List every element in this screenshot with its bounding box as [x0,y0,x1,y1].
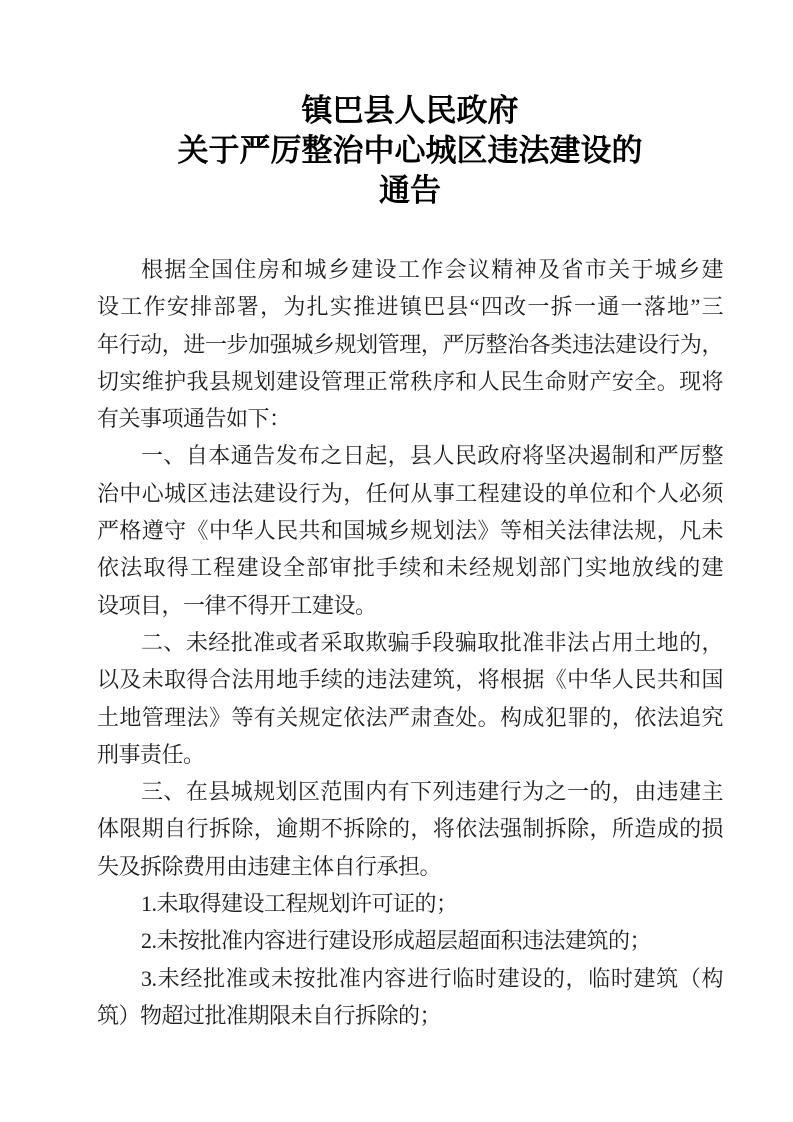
document-title: 镇巴县人民政府关于严厉整治中心城区违法建设的通告 [97,91,723,211]
sub-item-3: 3.未经批准或未按批准内容进行临时建设的，临时建筑（构筑）物超过批准期限未自行拆… [97,960,723,1035]
document-page: 镇巴县人民政府关于严厉整治中心城区违法建设的通告 根据全国住房和城乡建设工作会议… [0,0,793,1122]
text-line: 1.未取得建设工程规划许可证的； [97,885,723,922]
sub-item-2: 2.未按批准内容进行建设形成超层超面积违法建筑的； [97,922,723,959]
text-line: 土地管理法》等有关规定依法严肃查处。构成犯罪的，依法追究 [97,699,723,736]
title-line: 关于严厉整治中心城区违法建设的 [97,131,723,171]
sub-item-1: 1.未取得建设工程规划许可证的； [97,885,723,922]
text-line: 设项目，一律不得开工建设。 [97,587,723,624]
text-line: 严格遵守《中华人民共和国城乡规划法》等相关法律法规，凡未 [97,512,723,549]
item-two: 二、未经批准或者采取欺骗手段骗取批准非法占用土地的，以及未取得合法用地手续的违法… [97,624,723,773]
text-line: 体限期自行拆除，逾期不拆除的，将依法强制拆除，所造成的损 [97,810,723,847]
text-line: 刑事责任。 [97,736,723,773]
document-body: 根据全国住房和城乡建设工作会议精神及省市关于城乡建设工作安排部署，为扎实推进镇巴… [97,251,723,1034]
title-line: 镇巴县人民政府 [97,91,723,131]
opening-paragraph: 根据全国住房和城乡建设工作会议精神及省市关于城乡建设工作安排部署，为扎实推进镇巴… [97,251,723,437]
item-one: 一、自本通告发布之日起，县人民政府将坚决遏制和严厉整治中心城区违法建设行为，任何… [97,437,723,623]
item-three: 三、在县城规划区范围内有下列违建行为之一的，由违建主体限期自行拆除，逾期不拆除的… [97,773,723,885]
text-line: 2.未按批准内容进行建设形成超层超面积违法建筑的； [97,922,723,959]
text-line: 三、在县城规划区范围内有下列违建行为之一的，由违建主 [97,773,723,810]
text-line: 依法取得工程建设全部审批手续和未经规划部门实地放线的建 [97,549,723,586]
text-line: 以及未取得合法用地手续的违法建筑，将根据《中华人民共和国 [97,661,723,698]
title-line: 通告 [97,171,723,211]
text-line: 切实维护我县规划建设管理正常秩序和人民生命财产安全。现将 [97,363,723,400]
text-line: 治中心城区违法建设行为，任何从事工程建设的单位和个人必须 [97,475,723,512]
text-line: 一、自本通告发布之日起，县人民政府将坚决遏制和严厉整 [97,437,723,474]
text-line: 3.未经批准或未按批准内容进行临时建设的，临时建筑（构 [97,960,723,997]
text-line: 二、未经批准或者采取欺骗手段骗取批准非法占用土地的， [97,624,723,661]
text-line: 年行动，进一步加强城乡规划管理，严厉整治各类违法建设行为， [97,326,723,363]
text-line: 失及拆除费用由违建主体自行承担。 [97,848,723,885]
text-line: 筑）物超过批准期限未自行拆除的； [97,997,723,1034]
text-line: 根据全国住房和城乡建设工作会议精神及省市关于城乡建 [97,251,723,288]
text-line: 设工作安排部署，为扎实推进镇巴县“四改一拆一通一落地”三 [97,288,723,325]
text-line: 有关事项通告如下： [97,400,723,437]
